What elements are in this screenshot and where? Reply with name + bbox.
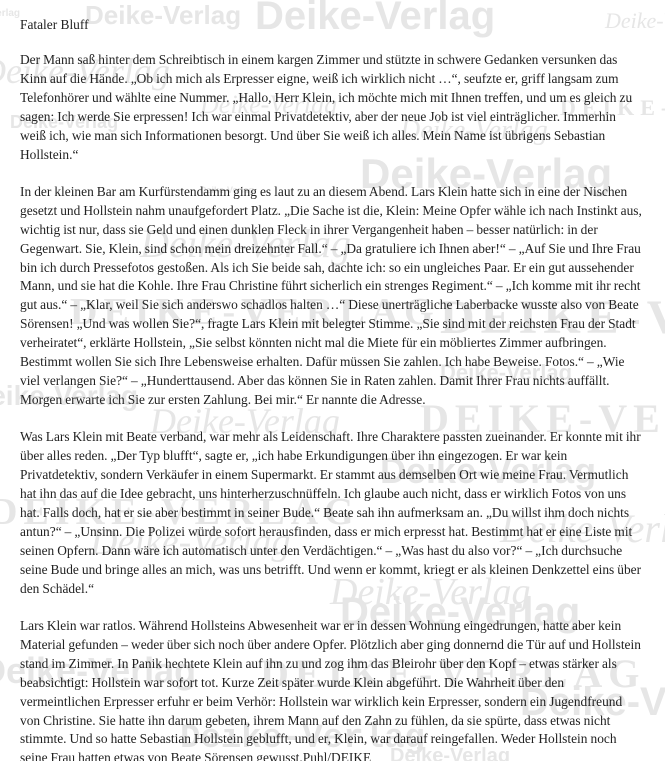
document-title: Fataler Bluff <box>20 16 645 34</box>
paragraph: Der Mann saß hinter dem Schreibtisch in … <box>20 51 645 164</box>
document: Fataler Bluff Der Mann saß hinter dem Sc… <box>0 0 665 761</box>
paragraph: Was Lars Klein mit Beate verband, war me… <box>20 428 645 598</box>
paragraph: In der kleinen Bar am Kurfürstendamm gin… <box>20 183 645 410</box>
paragraph: Lars Klein war ratlos. Während Hollstein… <box>20 617 645 761</box>
